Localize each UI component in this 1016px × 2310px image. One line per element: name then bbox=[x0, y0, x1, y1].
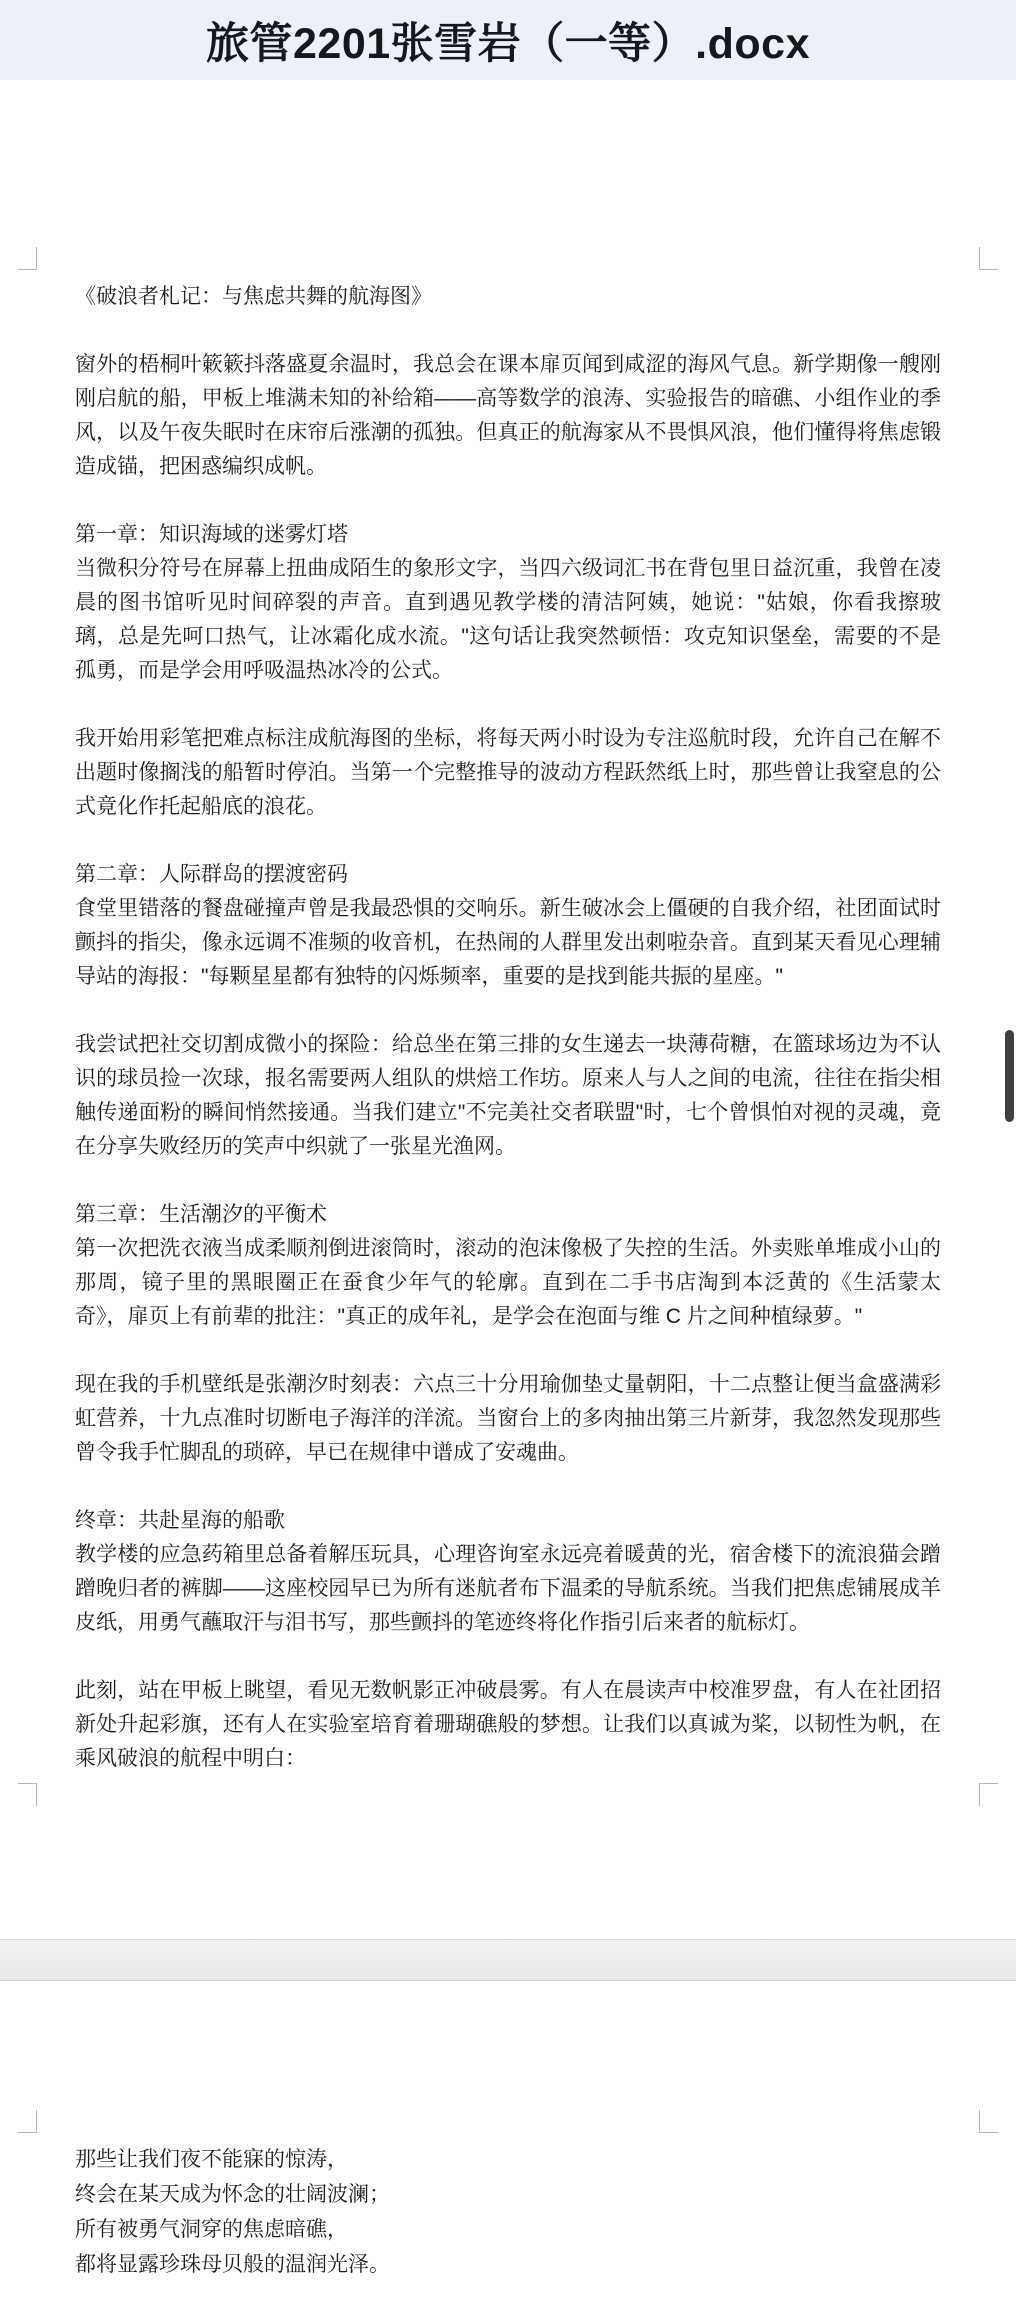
document-body: 《破浪者札记：与焦虑共舞的航海图》 窗外的梧桐叶簌簌抖落盛夏余温时，我总会在课本… bbox=[75, 280, 941, 1776]
document-filename: 旅管2201张雪岩（一等）.docx bbox=[206, 10, 810, 71]
chapter-2-heading: 第二章：人际群岛的摆渡密码 bbox=[75, 858, 941, 892]
poem-line: 都将显露珍珠母贝般的温润光泽。 bbox=[75, 2247, 390, 2282]
scrollbar-thumb[interactable] bbox=[1005, 1030, 1014, 1122]
page-corner-mark-top-right bbox=[979, 2110, 998, 2133]
final-chapter-paragraph-1: 教学楼的应急药箱里总备着解压玩具，心理咨询室永远亮着暖黄的光，宿舍楼下的流浪猫会… bbox=[75, 1538, 941, 1640]
closing-paragraph: 此刻，站在甲板上眺望，看见无数帆影正冲破晨雾。有人在晨读声中校准罗盘，有人在社团… bbox=[75, 1674, 941, 1776]
closing-poem: 那些让我们夜不能寐的惊涛， 终会在某天成为怀念的壮阔波澜； 所有被勇气洞穿的焦虑… bbox=[75, 2142, 390, 2282]
final-chapter-heading: 终章：共赴星海的船歌 bbox=[75, 1504, 941, 1538]
chapter-1-paragraph-2: 我开始用彩笔把难点标注成航海图的坐标，将每天两小时设为专注巡航时段，允许自己在解… bbox=[75, 722, 941, 824]
poem-line: 那些让我们夜不能寐的惊涛， bbox=[75, 2142, 390, 2177]
poem-line: 所有被勇气洞穿的焦虑暗礁， bbox=[75, 2212, 390, 2247]
page-corner-mark-top-left bbox=[18, 247, 37, 270]
essay-title: 《破浪者札记：与焦虑共舞的航海图》 bbox=[75, 280, 941, 314]
chapter-3-heading: 第三章：生活潮汐的平衡术 bbox=[75, 1198, 941, 1232]
page-corner-mark-top-right bbox=[979, 247, 998, 270]
chapter-1-paragraph-1: 当微积分符号在屏幕上扭曲成陌生的象形文字，当四六级词汇书在背包里日益沉重，我曾在… bbox=[75, 552, 941, 688]
poem-line: 终会在某天成为怀念的壮阔波澜； bbox=[75, 2177, 390, 2212]
chapter-3-paragraph-2: 现在我的手机壁纸是张潮汐时刻表：六点三十分用瑜伽垫丈量朝阳，十二点整让便当盒盛满… bbox=[75, 1368, 941, 1470]
chapter-3-paragraph-1: 第一次把洗衣液当成柔顺剂倒进滚筒时，滚动的泡沫像极了失控的生活。外卖账单堆成小山… bbox=[75, 1232, 941, 1334]
page-2: 那些让我们夜不能寐的惊涛， 终会在某天成为怀念的壮阔波澜； 所有被勇气洞穿的焦虑… bbox=[0, 1981, 1016, 2310]
page-corner-mark-bottom-right bbox=[979, 1783, 998, 1806]
document-header: 旅管2201张雪岩（一等）.docx bbox=[0, 0, 1016, 80]
page-corner-mark-bottom-left bbox=[18, 1783, 37, 1806]
chapter-2-paragraph-2: 我尝试把社交切割成微小的探险：给总坐在第三排的女生递去一块薄荷糖，在篮球场边为不… bbox=[75, 1028, 941, 1164]
page-separator bbox=[0, 1939, 1016, 1981]
page-corner-mark-top-left bbox=[18, 2110, 37, 2133]
chapter-2-paragraph-1: 食堂里错落的餐盘碰撞声曾是我最恐惧的交响乐。新生破冰会上僵硬的自我介绍，社团面试… bbox=[75, 892, 941, 994]
chapter-1-heading: 第一章：知识海域的迷雾灯塔 bbox=[75, 518, 941, 552]
paragraph-intro: 窗外的梧桐叶簌簌抖落盛夏余温时，我总会在课本扉页闻到咸涩的海风气息。新学期像一艘… bbox=[75, 348, 941, 484]
page-1: 《破浪者札记：与焦虑共舞的航海图》 窗外的梧桐叶簌簌抖落盛夏余温时，我总会在课本… bbox=[0, 80, 1016, 1939]
